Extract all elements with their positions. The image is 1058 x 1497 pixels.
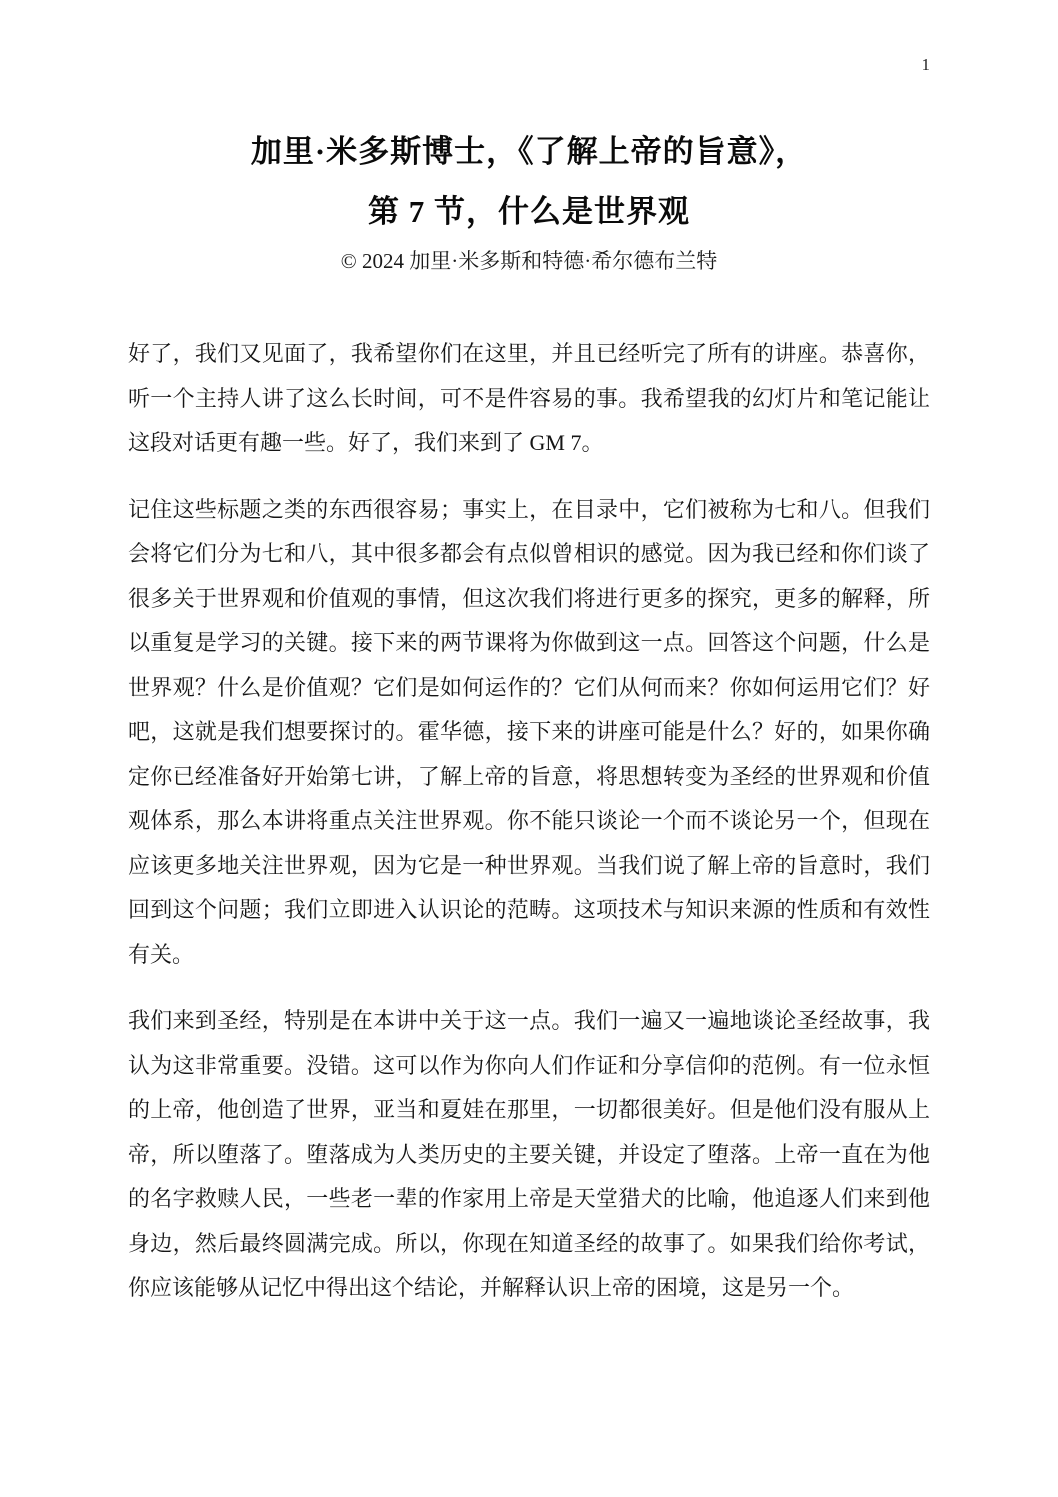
- paragraph-2: 记住这些标题之类的东西很容易；事实上，在目录中，它们被称为七和八。但我们会将它们…: [128, 488, 930, 978]
- body-text: 好了，我们又见面了，我希望你们在这里，并且已经听完了所有的讲座。恭喜你，听一个主…: [128, 332, 930, 1311]
- copyright-line: © 2024 加里·米多斯和特德·希尔德布兰特: [128, 246, 930, 276]
- paragraph-3: 我们来到圣经，特别是在本讲中关于这一点。我们一遍又一遍地谈论圣经故事，我认为这非…: [128, 999, 930, 1311]
- paragraph-1: 好了，我们又见面了，我希望你们在这里，并且已经听完了所有的讲座。恭喜你，听一个主…: [128, 332, 930, 466]
- document-page: 1 加里·米多斯博士，《了解上帝的旨意》， 第 7 节，什么是世界观 © 202…: [0, 0, 1058, 1497]
- page-number: 1: [922, 54, 931, 76]
- title-line-1: 加里·米多斯博士，《了解上帝的旨意》，: [128, 122, 930, 182]
- document-title: 加里·米多斯博士，《了解上帝的旨意》， 第 7 节，什么是世界观: [128, 122, 930, 242]
- title-line-2: 第 7 节，什么是世界观: [128, 182, 930, 242]
